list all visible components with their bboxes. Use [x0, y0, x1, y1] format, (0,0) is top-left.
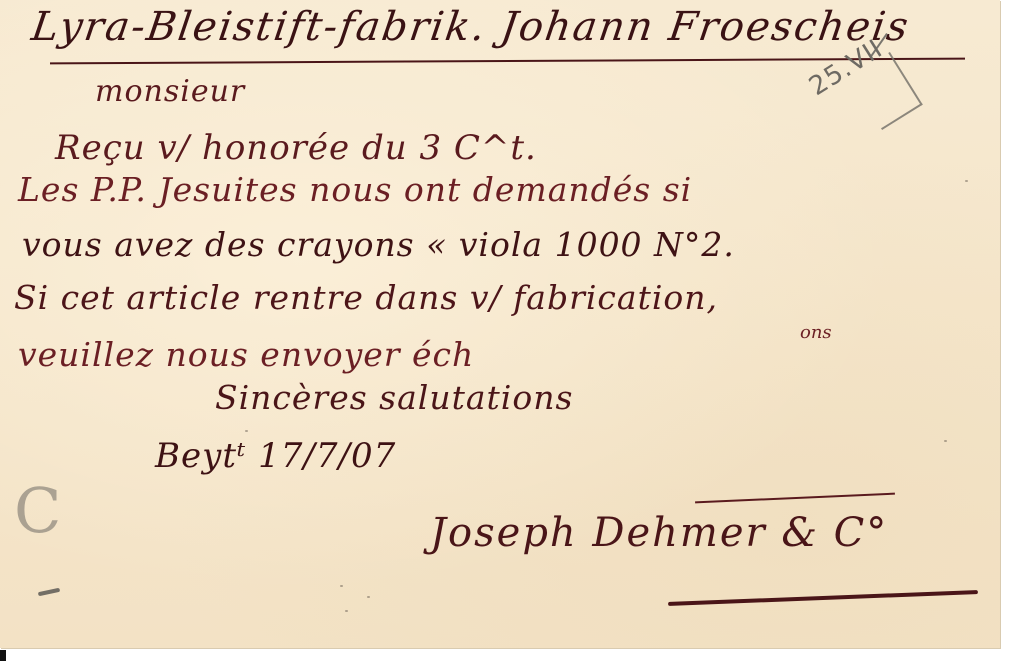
paper-speck: [367, 596, 370, 598]
body-line-2: Les P.P. Jesuites nous ont demandés si: [18, 170, 692, 209]
paper-speck: [345, 610, 348, 612]
paper-speck: [245, 430, 248, 432]
body-superscript: ons: [800, 322, 832, 343]
paper-speck: [944, 440, 947, 442]
salutation: monsieur: [95, 74, 245, 109]
signature-underline: [668, 590, 978, 606]
ink-smudge: [38, 588, 60, 596]
paper-speck: [965, 180, 968, 182]
signature-flourish-top: [695, 493, 895, 504]
place-date-line: Beytᵗ 17/7/07: [155, 436, 396, 476]
signature: Joseph Dehmer & C°: [430, 510, 888, 556]
body-line-5: veuillez nous envoyer éch: [18, 335, 474, 374]
faded-stamp-letter: C: [14, 480, 61, 542]
letterhead-title: Lyra-Bleistift-fabrik. Johann Froescheis: [29, 4, 913, 50]
body-line-3: vous avez des crayons « viola 1000 N°2.: [22, 225, 735, 264]
paper-speck: [340, 585, 343, 587]
scan-corner-mark: [0, 650, 6, 661]
body-line-4: Si cet article rentre dans v/ fabricatio…: [14, 278, 718, 317]
closing-line: Sincères salutations: [215, 378, 573, 417]
postcard: Lyra-Bleistift-fabrik. Johann Froescheis…: [0, 0, 1000, 648]
body-line-1: Reçu v/ honorée du 3 C^t.: [55, 128, 537, 168]
